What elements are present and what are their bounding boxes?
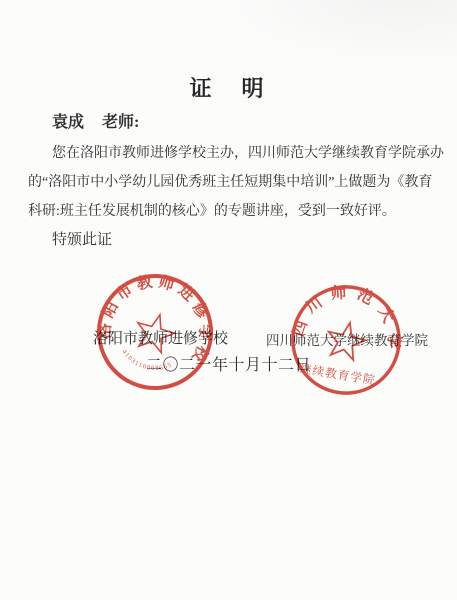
closing-phrase: 特颁此证 bbox=[52, 228, 112, 249]
certificate-page: 证 明 袁成老师: 您在洛阳市教师进修学校主办，四川师范大学继续教育学院承办 的… bbox=[0, 0, 457, 600]
seal-serial-number: 4103110068565 bbox=[118, 347, 175, 378]
seal-luoyang-icon: 洛阳市教师进修学校 4103110068565 bbox=[75, 252, 236, 413]
body-line-1: 您在洛阳市教师进修学校主办，四川师范大学继续教育学院承办 bbox=[28, 139, 452, 168]
seal-bottom-text: 继续教育学院 bbox=[299, 361, 377, 387]
recipient-honorific: 老师: bbox=[102, 114, 139, 131]
recipient-name: 袁成 bbox=[52, 114, 84, 131]
document-title: 证 明 bbox=[0, 72, 457, 103]
body-paragraph: 您在洛阳市教师进修学校主办，四川师范大学继续教育学院承办 的“洛阳市中小学幼儿园… bbox=[28, 139, 452, 226]
salutation: 袁成老师: bbox=[52, 109, 139, 132]
body-line-2: 的“洛阳市中小学幼儿园优秀班主任短期集中培训”上做题为《教育 bbox=[28, 168, 452, 197]
star-icon bbox=[324, 319, 368, 362]
svg-text:4103110068565: 4103110068565 bbox=[118, 347, 175, 378]
star-icon bbox=[132, 309, 179, 354]
seal-sichuan-icon: 四川师范大学 继续教育学院 bbox=[275, 269, 417, 411]
body-line-3: 科研:班主任发展机制的核心》的专题讲座，受到一致好评。 bbox=[28, 197, 452, 226]
